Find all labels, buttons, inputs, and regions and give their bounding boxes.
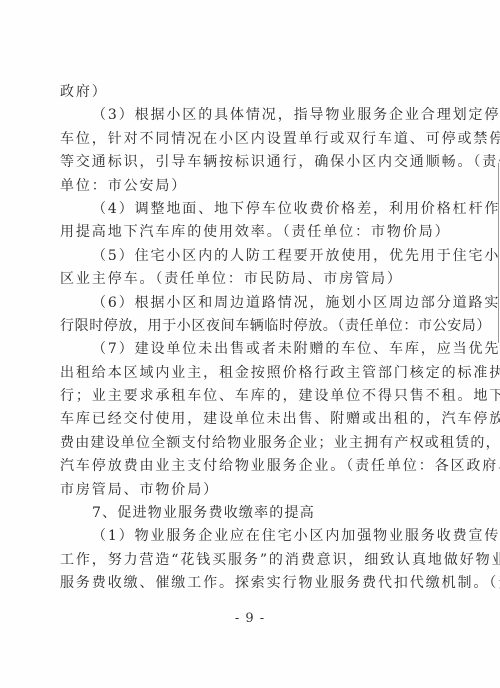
item-3-paragraph: （3）根据小区的具体情况，指导物业服务企业合理划定停 xyxy=(60,104,416,127)
text-line: 服务费收缴、催缴工作。探索实行物业服务费代扣代缴机制。（责 xyxy=(60,572,416,595)
text-line: 单位：市公安局） xyxy=(60,175,416,198)
section-7-heading: 7、促进物业服务费收缴率的提高 xyxy=(60,502,416,525)
page-number: - 9 - xyxy=(0,611,500,626)
document-body: 政府） （3）根据小区的具体情况，指导物业服务企业合理划定停 车位，针对不同情况… xyxy=(60,81,416,596)
text-line: 车库已经交付使用，建设单位未出售、附赠或出租的，汽车停放 xyxy=(60,408,416,431)
text-line: 车位，针对不同情况在小区内设置单行或双行车道、可停或禁停 xyxy=(60,128,416,151)
text-line: 市房管局、市物价局） xyxy=(60,479,416,502)
text-line: 行限时停放，用于小区夜间车辆临时停放。（责任单位：市公安局） xyxy=(60,315,416,338)
text-line: 行；业主要求承租车位、车库的，建设单位不得只售不租。地下 xyxy=(60,385,416,408)
text-line: 等交通标识，引导车辆按标识通行，确保小区内交通顺畅。（责任 xyxy=(60,151,416,174)
section-7-item-1-paragraph: （1）物业服务企业应在住宅小区内加强物业服务收费宣传 xyxy=(60,525,416,548)
item-7-paragraph: （7）建设单位未出售或者未附赠的车位、车库，应当优先 xyxy=(60,338,416,361)
text-line: 政府） xyxy=(60,81,416,104)
text-line: 费由建设单位全额支付给物业服务企业；业主拥有产权或租赁的， xyxy=(60,432,416,455)
text-line: 出租给本区域内业主，租金按照价格行政主管部门核定的标准执 xyxy=(60,362,416,385)
item-5-paragraph: （5）住宅小区内的人防工程要开放使用，优先用于住宅小 xyxy=(60,245,416,268)
item-4-paragraph: （4）调整地面、地下停车位收费价格差，利用价格杠杆作 xyxy=(60,198,416,221)
text-line: 工作，努力营造“花钱买服务”的消费意识，细致认真地做好物业 xyxy=(60,549,416,572)
document-page: 政府） （3）根据小区的具体情况，指导物业服务企业合理划定停 车位，针对不同情况… xyxy=(0,0,500,688)
item-6-paragraph: （6）根据小区和周边道路情况，施划小区周边部分道路实 xyxy=(60,292,416,315)
text-line: 用提高地下汽车库的使用效率。（责任单位：市物价局） xyxy=(60,221,416,244)
text-line: 区业主停车。（责任单位：市民防局、市房管局） xyxy=(60,268,416,291)
text-line: 汽车停放费由业主支付给物业服务企业。（责任单位：各区政府、 xyxy=(60,455,416,478)
